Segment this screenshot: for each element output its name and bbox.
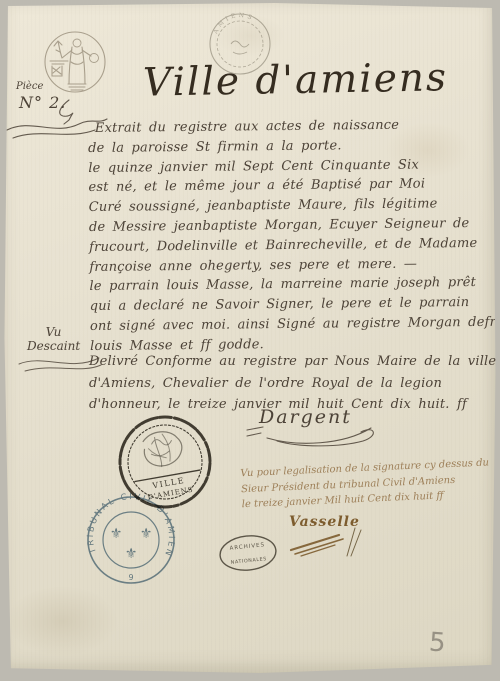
manuscript-line: Delivré Conforme au registre par Nous Ma… xyxy=(89,351,474,373)
svg-text:AMIENS: AMIENS xyxy=(212,12,256,36)
archives-stamp-text: ARCHIVES xyxy=(229,542,265,552)
fleur-de-lis-icon: ⚜ xyxy=(110,526,123,542)
legalization-paragraph: Vu pour legalisation de la signature cy … xyxy=(240,456,482,513)
piece-label: Pièce xyxy=(16,81,43,92)
manuscript-line: d'Amiens, Chevalier de l'ordre Royal de … xyxy=(89,373,474,395)
document-paper: Pièce N° 2. AMIENS Ville d'amiens Extrai… xyxy=(3,2,497,675)
margin-note-line: Vu xyxy=(27,325,80,339)
photo-background: Pièce N° 2. AMIENS Ville d'amiens Extrai… xyxy=(0,0,500,681)
signature-flourish xyxy=(243,420,383,450)
document-title: Ville d'amiens xyxy=(143,55,444,105)
tribunal-stamp-icon: TRIBUNAL CIVIL D'AMIENS ⚜ ⚜ ⚜ 9 xyxy=(85,494,177,586)
pencil-number: 5 xyxy=(428,627,447,658)
signature-flourish xyxy=(283,524,383,560)
archives-stamp-text: NATIONALES xyxy=(230,556,267,566)
margin-note-line: Descaint xyxy=(27,339,80,353)
margin-note: Vu Descaint xyxy=(27,325,80,353)
embossed-seal-icon xyxy=(41,28,109,98)
fleur-de-lis-icon: ⚜ xyxy=(125,546,138,562)
tribunal-stamp-number: 9 xyxy=(128,573,133,582)
fleur-de-lis-icon: ⚜ xyxy=(140,526,153,542)
manuscript-body: Extrait du registre aux actes de naissan… xyxy=(88,115,475,357)
postmark-text: AMIENS xyxy=(212,12,256,36)
manuscript-line: ont signé avec moi. ainsi Signé au regis… xyxy=(90,313,475,337)
archives-stamp-icon: ARCHIVES NATIONALES xyxy=(213,527,283,580)
